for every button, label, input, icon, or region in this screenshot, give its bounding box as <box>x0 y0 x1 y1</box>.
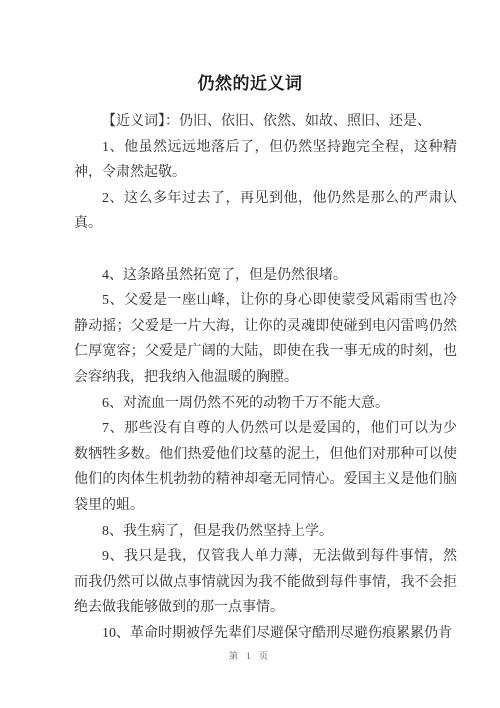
document-body: 【近义词】：仍旧、依旧、依然、如故、照旧、还是、 1、他虽然远远地落后了，但仍然… <box>74 109 457 646</box>
sentence-7: 7、那些没有自尊的人仍然可以是爱国的，他们可以为少数牺牲多数。他们热爱他们坟墓的… <box>74 416 457 518</box>
sentence-2: 2、这么多年过去了，再见到他，他仍然是那么的严肃认真。 <box>74 186 457 237</box>
sentence-8: 8、我生病了，但是我仍然坚持上学。 <box>74 519 457 545</box>
document-title: 仍然的近义词 <box>0 0 500 96</box>
sentence-1: 1、他虽然远远地落后了，但仍然坚持跑完全程，这种精神，令肃然起敬。 <box>74 135 457 186</box>
synonyms-line: 【近义词】：仍旧、依旧、依然、如故、照旧、还是、 <box>74 109 457 135</box>
blank-line <box>74 237 457 263</box>
document-page: 仍然的近义词 【近义词】：仍旧、依旧、依然、如故、照旧、还是、 1、他虽然远远地… <box>0 0 500 708</box>
sentence-9: 9、我只是我，仅管我人单力薄，无法做到每件事情，然而我仍然可以做点事情就因为我不… <box>74 544 457 621</box>
page-number: 第 1 页 <box>0 649 500 662</box>
sentence-10: 10、革命时期被俘先辈们尽避保守酷刑尽避伤痕累累仍肯 <box>74 621 457 647</box>
sentence-4: 4、这条路虽然拓宽了，但是仍然很堵。 <box>74 263 457 289</box>
sentence-6: 6、对流血一周仍然不死的动物千万不能大意。 <box>74 391 457 417</box>
sentence-5: 5、父爱是一座山峰，让你的身心即使蒙受风霜雨雪也冷静动摇；父爱是一片大海，让你的… <box>74 288 457 390</box>
